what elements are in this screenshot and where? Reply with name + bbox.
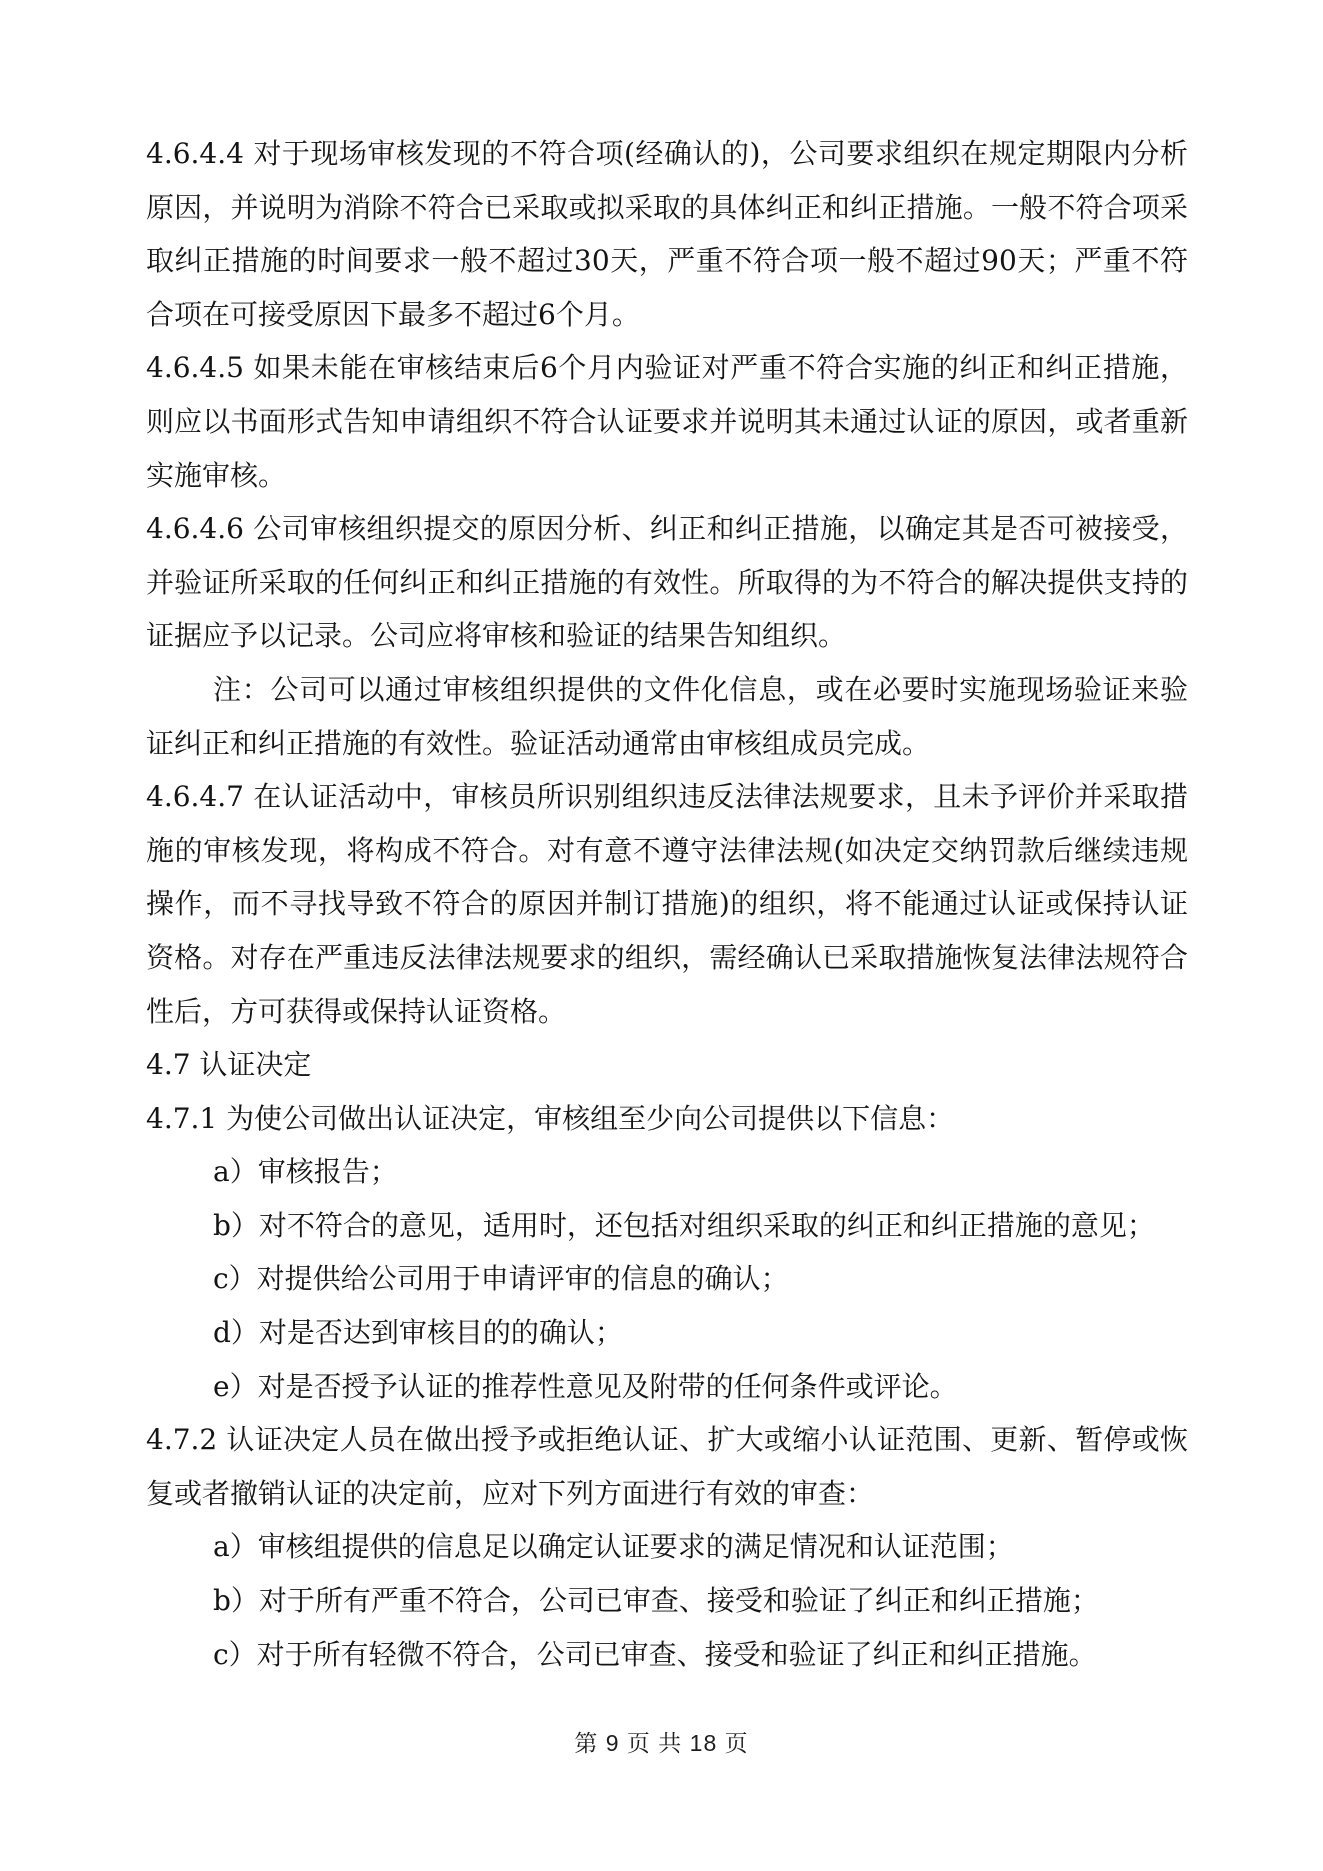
paragraph-4-6-4-6: 4.6.4.6 公司审核组织提交的原因分析、纠正和纠正措施，以确定其是否可被接受… xyxy=(146,502,1188,663)
paragraph-4-6-4-4: 4.6.4.4 对于现场审核发现的不符合项(经确认的)，公司要求组织在规定期限内… xyxy=(146,127,1188,341)
document-page: 4.6.4.4 对于现场审核发现的不符合项(经确认的)，公司要求组织在规定期限内… xyxy=(0,0,1323,1871)
paragraph-4-6-4-7: 4.6.4.7 在认证活动中，审核员所识别组织违反法律法规要求，且未予评价并采取… xyxy=(146,770,1188,1038)
paragraph-4-7-1: 4.7.1 为使公司做出认证决定，审核组至少向公司提供以下信息： xyxy=(146,1092,1188,1146)
list-item-4-7-2-c: c）对于所有轻微不符合，公司已审查、接受和验证了纠正和纠正措施。 xyxy=(146,1628,1188,1682)
page-footer: 第 9 页 共 18 页 xyxy=(0,1728,1323,1758)
list-item-4-7-1-a: a）审核报告； xyxy=(146,1145,1188,1199)
paragraph-4-7-2: 4.7.2 认证决定人员在做出授予或拒绝认证、扩大或缩小认证范围、更新、暂停或恢… xyxy=(146,1413,1188,1520)
heading-4-7: 4.7 认证决定 xyxy=(146,1038,1188,1092)
list-item-4-7-2-b: b）对于所有严重不符合，公司已审查、接受和验证了纠正和纠正措施； xyxy=(146,1574,1188,1628)
list-item-4-7-2-a: a）审核组提供的信息足以确定认证要求的满足情况和认证范围； xyxy=(146,1520,1188,1574)
list-item-4-7-1-e: e）对是否授予认证的推荐性意见及附带的任何条件或评论。 xyxy=(146,1360,1188,1414)
list-item-4-7-1-d: d）对是否达到审核目的的确认； xyxy=(146,1306,1188,1360)
paragraph-note: 注：公司可以通过审核组织提供的文件化信息，或在必要时实施现场验证来验证纠正和纠正… xyxy=(146,663,1188,770)
document-body: 4.6.4.4 对于现场审核发现的不符合项(经确认的)，公司要求组织在规定期限内… xyxy=(146,127,1188,1681)
list-item-4-7-1-b: b）对不符合的意见，适用时，还包括对组织采取的纠正和纠正措施的意见； xyxy=(146,1199,1188,1253)
paragraph-4-6-4-5: 4.6.4.5 如果未能在审核结束后6个月内验证对严重不符合实施的纠正和纠正措施… xyxy=(146,341,1188,502)
list-item-4-7-1-c: c）对提供给公司用于申请评审的信息的确认； xyxy=(146,1252,1188,1306)
